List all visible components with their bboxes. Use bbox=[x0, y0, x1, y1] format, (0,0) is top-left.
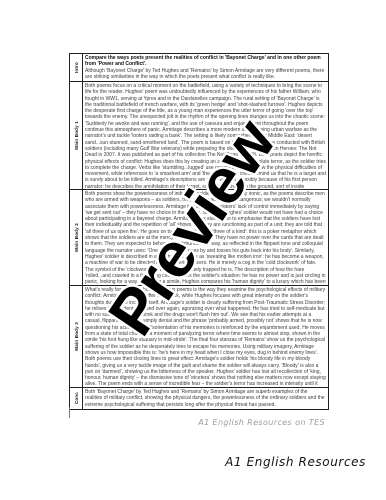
row-label-intro: Intro bbox=[70, 54, 83, 81]
row-conclusion: Conc Both 'Bayonet Charge' by Ted Hughes… bbox=[70, 388, 328, 409]
document-preview[interactable]: Intro Compare the ways poets present the… bbox=[0, 0, 386, 500]
row-main-body-1: Main Body 1 Both poems focus on a critic… bbox=[70, 82, 328, 190]
row-label-text: Main Body 2 bbox=[74, 223, 79, 252]
row-label-text: Main Body 3 bbox=[74, 322, 79, 351]
main-body-3-text: What's really fascinating about these tw… bbox=[85, 287, 326, 387]
essay-question: Compare the ways poets present the reali… bbox=[85, 55, 326, 68]
row-label-main-body-2: Main Body 2 bbox=[70, 190, 83, 285]
main-body-1-text: Both poems focus on a critical moment on… bbox=[85, 83, 326, 189]
conclusion-cell: Both 'Bayonet Charge' by Ted Hughes and … bbox=[83, 388, 328, 409]
page-caption: A1 English Resources on TES bbox=[198, 418, 325, 427]
row-label-main-body-3: Main Body 3 bbox=[70, 286, 83, 387]
row-label-main-body-1: Main Body 1 bbox=[70, 82, 83, 189]
row-label-text: Intro bbox=[74, 62, 79, 73]
row-label-text: Main Body 1 bbox=[74, 121, 79, 150]
main-body-3-cell: What's really fascinating about these tw… bbox=[83, 286, 328, 387]
row-label-conclusion: Conc bbox=[70, 388, 83, 409]
intro-text: Although 'Bayonet Charge' by Ted Hughes … bbox=[85, 68, 326, 81]
intro-cell: Compare the ways poets present the reali… bbox=[83, 54, 328, 81]
row-label-text: Conc bbox=[74, 392, 79, 404]
row-main-body-3: Main Body 3 What's really fascinating ab… bbox=[70, 286, 328, 388]
brand-signature: A1 English Resources bbox=[225, 455, 366, 469]
conclusion-text: Both 'Bayonet Charge' by Ted Hughes and … bbox=[85, 389, 326, 408]
main-body-2-text: Both poems show the powerlessness of ind… bbox=[85, 191, 326, 285]
main-body-2-cell: Both poems show the powerlessness of ind… bbox=[83, 190, 328, 285]
row-intro: Intro Compare the ways poets present the… bbox=[70, 54, 328, 82]
main-body-1-cell: Both poems focus on a critical moment on… bbox=[83, 82, 328, 189]
essay-table: Intro Compare the ways poets present the… bbox=[69, 53, 329, 410]
page-edge-line bbox=[69, 407, 70, 418]
row-main-body-2: Main Body 2 Both poems show the powerles… bbox=[70, 190, 328, 286]
